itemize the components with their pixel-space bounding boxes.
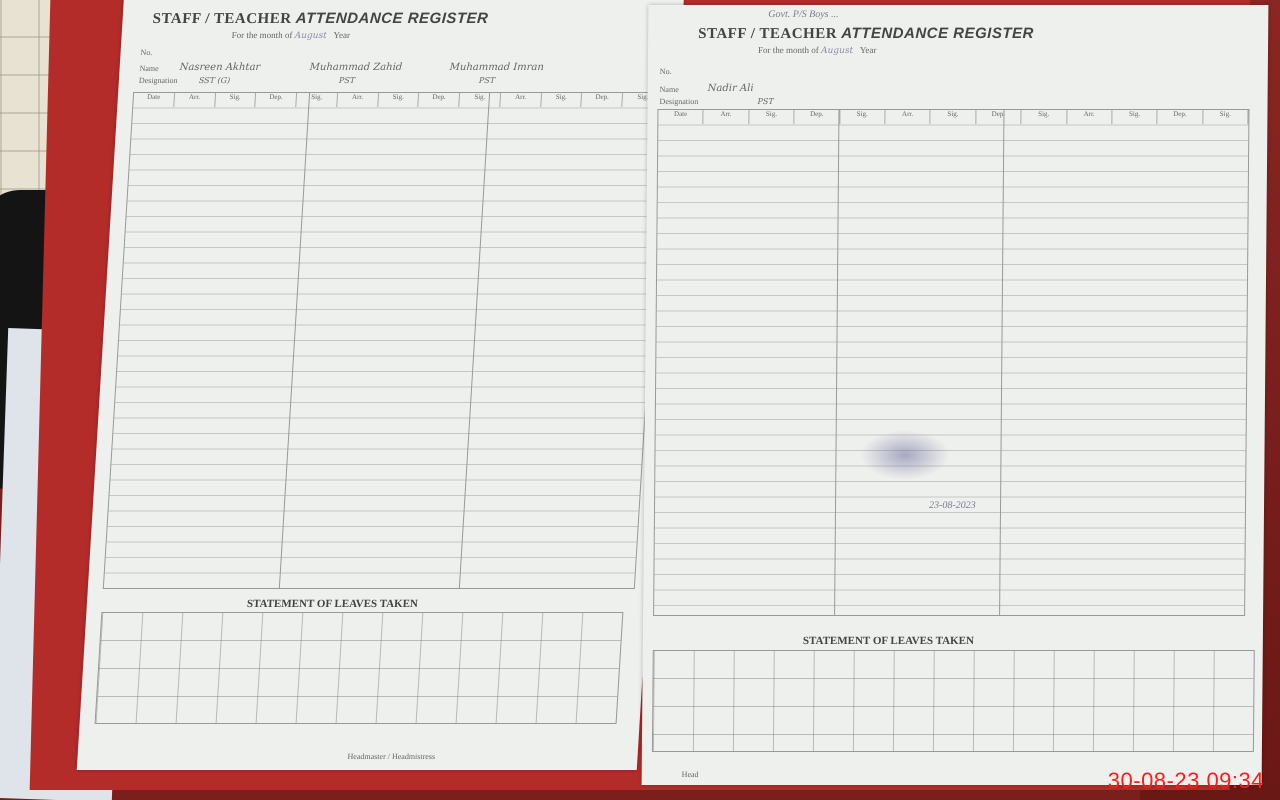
designation: SST (G) <box>199 76 231 85</box>
left-page: STAFF / TEACHER ATTENDANCE REGISTER For … <box>77 0 684 770</box>
name-label: Name <box>660 85 679 94</box>
no-label: No. <box>140 48 152 57</box>
right-page: Govt. P/S Boys ... STAFF / TEACHER ATTEN… <box>642 5 1269 785</box>
ink-stamp <box>860 430 950 480</box>
leaves-title: STATEMENT OF LEAVES TAKEN <box>247 598 419 610</box>
attendance-grid: DateArr. Sig.Dep. Sig.Arr. Sig.Dep. Sig.… <box>103 92 665 589</box>
staff-name: Nadir Ali <box>708 83 754 94</box>
month-line: For the month of August Year <box>758 45 877 56</box>
staff-name: Muhammad Zahid <box>309 62 402 73</box>
page-title: STAFF / TEACHER ATTENDANCE REGISTER <box>152 10 489 28</box>
no-label: No. <box>660 67 672 76</box>
page-title: STAFF / TEACHER ATTENDANCE REGISTER <box>698 25 1034 43</box>
column-headers: DateArr. Sig.Dep. Sig.Arr. Sig.Dep. Sig.… <box>658 110 1248 124</box>
footer-signature: Head <box>682 770 699 779</box>
photo-timestamp: 30-08-23 09:34 <box>1108 768 1264 794</box>
handwritten-date: 23-08-2023 <box>929 500 976 511</box>
designation: PST <box>339 76 356 85</box>
designation-label: Designation <box>139 76 178 85</box>
staff-name: Muhammad Imran <box>449 62 544 73</box>
column-headers: DateArr. Sig.Dep. Sig.Arr. Sig.Dep. Sig.… <box>133 93 664 107</box>
month-line: For the month of August Year <box>231 30 350 41</box>
handwritten-note: Govt. P/S Boys ... <box>768 9 838 20</box>
designation: PST <box>479 76 496 85</box>
leaves-table <box>652 650 1255 752</box>
register-book: STAFF / TEACHER ATTENDANCE REGISTER For … <box>30 0 1251 790</box>
leaves-title: STATEMENT OF LEAVES TAKEN <box>803 635 974 647</box>
leaves-table <box>95 612 624 724</box>
designation-label: Designation <box>660 97 699 106</box>
footer-signature: Headmaster / Headmistress <box>347 752 435 761</box>
staff-name: Nasreen Akhtar <box>179 62 260 73</box>
designation: PST <box>758 97 774 106</box>
attendance-grid: DateArr. Sig.Dep. Sig.Arr. Sig.Dep. Sig.… <box>653 109 1249 616</box>
name-label: Name <box>139 64 159 73</box>
